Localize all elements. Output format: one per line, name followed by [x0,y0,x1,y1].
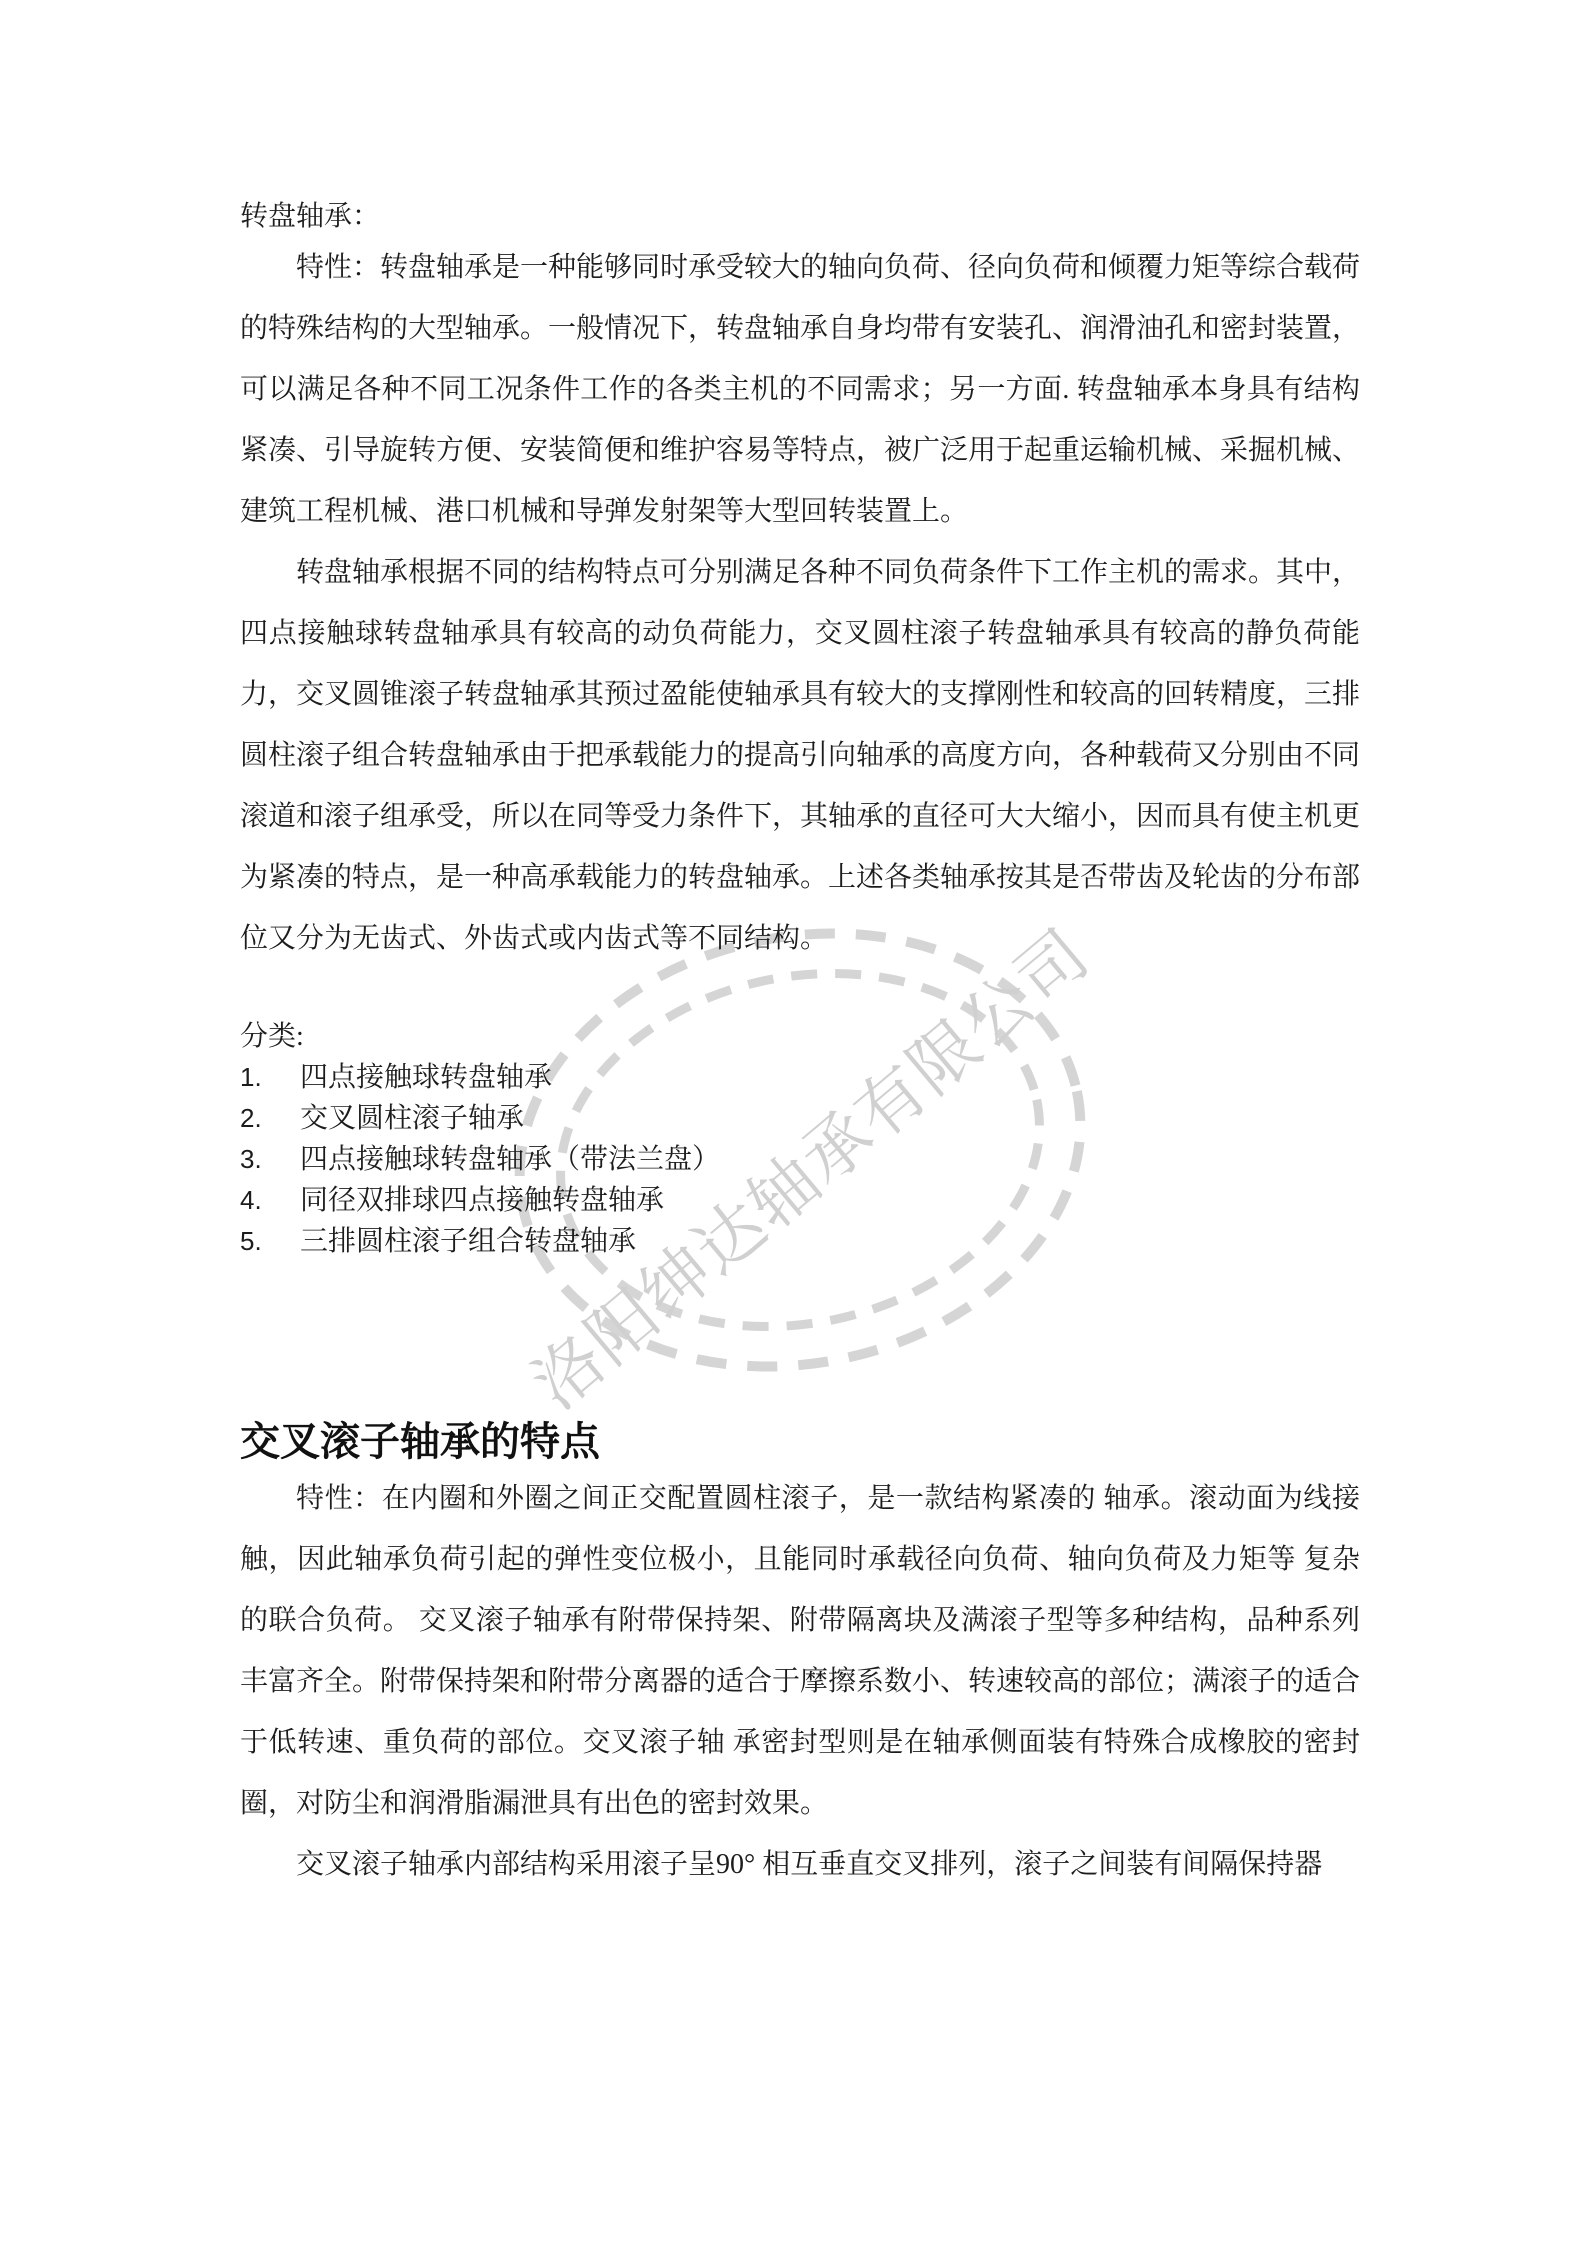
paragraph-slewing-load-types: 转盘轴承根据不同的结构特点可分别满足各种不同负荷条件下工作主机的需求。其中，四点… [240,542,1360,969]
classification-block: 分类: 1. 四点接触球转盘轴承 2. 交叉圆柱滚子轴承 3. 四点接触球转盘轴… [240,1016,1360,1262]
document-page: 洛阳绅达轴承有限公司 转盘轴承： 特性：转盘轴承是一种能够同时承受较大的轴向负荷… [0,0,1587,2245]
list-item-label: 三排圆柱滚子组合转盘轴承 [300,1221,1360,1262]
list-item-label: 四点接触球转盘轴承（带法兰盘） [300,1139,1360,1180]
list-item-number: 1. [240,1057,300,1098]
document-content: 转盘轴承： 特性：转盘轴承是一种能够同时承受较大的轴向负荷、径向负荷和倾覆力矩等… [240,0,1360,1895]
list-item: 5. 三排圆柱滚子组合转盘轴承 [240,1221,1360,1262]
list-item-label: 交叉圆柱滚子轴承 [300,1098,1360,1139]
paragraph-crossed-roller-structure: 交叉滚子轴承内部结构采用滚子呈90° 相互垂直交叉排列，滚子之间装有间隔保持器 [240,1834,1360,1895]
list-item: 1. 四点接触球转盘轴承 [240,1057,1360,1098]
paragraph-slewing-overview: 特性：转盘轴承是一种能够同时承受较大的轴向负荷、径向负荷和倾覆力矩等综合载荷的特… [240,237,1360,542]
section-heading-crossed-roller: 交叉滚子轴承的特点 [240,1416,1360,1468]
list-item-number: 4. [240,1180,300,1221]
paragraph-crossed-roller-features: 特性：在内圈和外圈之间正交配置圆柱滚子，是一款结构紧凑的 轴承。滚动面为线接触，… [240,1468,1360,1834]
list-item: 2. 交叉圆柱滚子轴承 [240,1098,1360,1139]
list-item: 4. 同径双排球四点接触转盘轴承 [240,1180,1360,1221]
list-item-number: 2. [240,1098,300,1139]
list-item-label: 四点接触球转盘轴承 [300,1057,1360,1098]
list-item-number: 3. [240,1139,300,1180]
list-item-label: 同径双排球四点接触转盘轴承 [300,1180,1360,1221]
list-item: 3. 四点接触球转盘轴承（带法兰盘） [240,1139,1360,1180]
doc-title: 转盘轴承： [240,197,1360,237]
classification-label: 分类: [240,1016,1360,1057]
list-item-number: 5. [240,1221,300,1262]
classification-list: 1. 四点接触球转盘轴承 2. 交叉圆柱滚子轴承 3. 四点接触球转盘轴承（带法… [240,1057,1360,1262]
